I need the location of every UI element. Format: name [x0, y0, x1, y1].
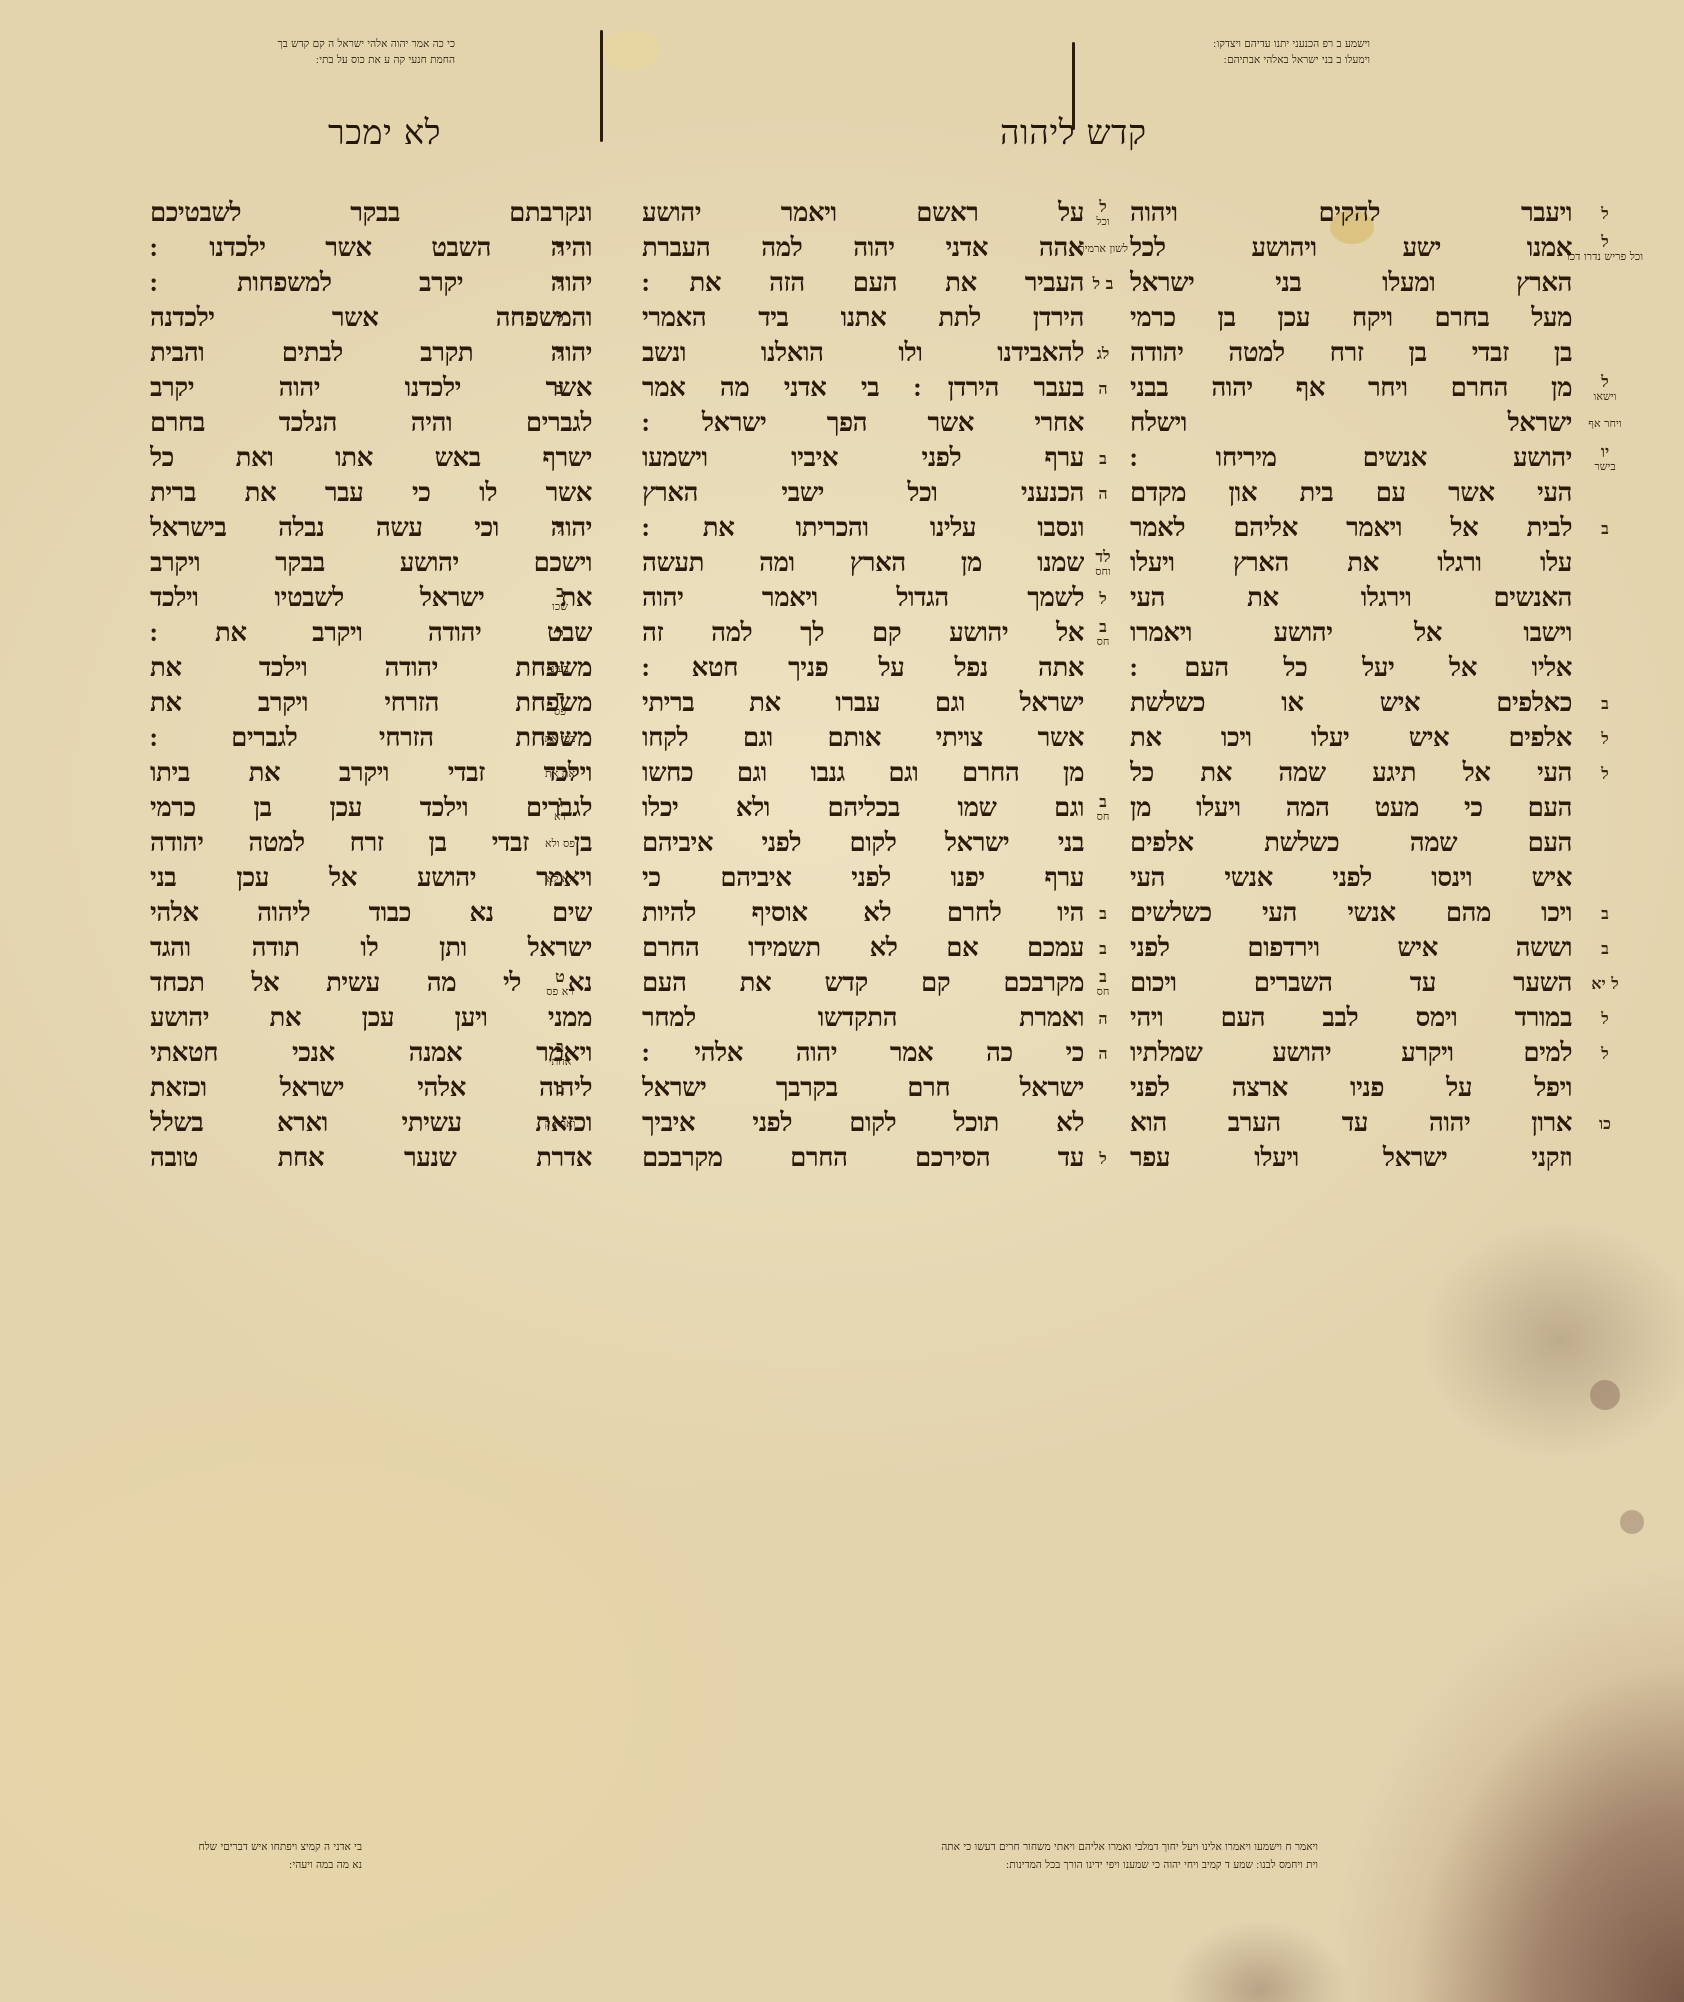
masorah-text: בישר	[1594, 460, 1615, 473]
masorah-sign: ל	[1601, 234, 1608, 250]
text-line: אשר לו כי עבר את ברית	[150, 476, 592, 511]
text-line: העביר את העם הזה את ׃	[642, 266, 1084, 301]
masorah-note: ה	[1078, 476, 1128, 511]
text-column-left: ונקרבתם בבקר לשבטיכםוהיה השבט אשר ילכדנו…	[150, 196, 592, 1176]
footer-note-right-line-2: וית ויחמס לבנו ׃ שמע ד קמיב ויחי יהוה כי…	[638, 1856, 1318, 1874]
text-line: ויעבר להקים ויהוה	[1130, 196, 1572, 231]
text-line: ממני ויען עכן את יהושע	[150, 1001, 592, 1036]
masorah-text: וישאו	[1594, 390, 1617, 403]
masorah-sign: ל	[1601, 766, 1608, 782]
text-line: העי אל תיגע שמה את כל	[1130, 756, 1572, 791]
text-line: למים ויקרע יהושע שמלתיו	[1130, 1036, 1572, 1071]
masorah-sign: ל	[1601, 1046, 1608, 1062]
manuscript-page: וישמע ב רפ הכנעני יתנו עדיהם ויצדקו ׃ וי…	[0, 0, 1684, 2002]
stain-top	[600, 30, 660, 70]
text-line: אהה אדני יהוה למה העברת	[642, 231, 1084, 266]
text-line: ערף לפני איביו וישמעו	[642, 441, 1084, 476]
text-line: מקרבכם קם קדש את העם	[642, 966, 1084, 1001]
text-line: ויכו מהם אנשי העי כשלשים	[1130, 896, 1572, 931]
footer-note-right-line-1: ויאמר ח וישמעו ויאמרו אלינו ויעל יחוך דמ…	[638, 1838, 1318, 1856]
header-note-left: כי כה אמר יהוה אלהי ישראל ה קם קדש בך הח…	[120, 36, 455, 68]
text-line: כי כה אמר יהוה אלהי ׃	[642, 1036, 1084, 1071]
text-line: אלפים איש יעלו ויכו את	[1130, 721, 1572, 756]
text-line: ארון יהוה עד הערב הוא	[1130, 1106, 1572, 1141]
footer-note-left: בי אדני ה קמיצ ויפתחו איש דבריםי שלח נא …	[104, 1838, 362, 1874]
text-line: אדרת שנער אחת טובה	[150, 1141, 592, 1176]
text-line: בן זבדי בן זרח למטה יהודה	[1130, 336, 1572, 371]
text-line: עד הסירכם החרם מקרבכם	[642, 1141, 1084, 1176]
masorah-sign: ה	[1098, 1046, 1107, 1062]
masorah-note: לוישאו	[1578, 371, 1632, 406]
masorah-note	[1078, 861, 1128, 896]
masorah-sign: ב	[1601, 521, 1609, 537]
masorah-note: ל יא	[1578, 966, 1632, 1001]
footer-note-left-line-2: נא מה במה ויעהי ׃	[104, 1856, 362, 1874]
text-line: וישבו אל יהושע ויאמרו	[1130, 616, 1572, 651]
text-line: אשר ילכדנו יהוה יקרב	[150, 371, 592, 406]
text-line: לשמך הגדול ויאמר יהוה	[642, 581, 1084, 616]
text-line: העם שמה כשלשת אלפים	[1130, 826, 1572, 861]
text-line: לבית אל ויאמר אליהם לאמר	[1130, 511, 1572, 546]
text-line: וגם שמו בכליהם ולא יכלו	[642, 791, 1084, 826]
masorah-note	[1578, 791, 1632, 826]
masorah-note	[1078, 686, 1128, 721]
masorah-note	[1578, 581, 1632, 616]
text-line: הארץ ומעלו בני ישראל	[1130, 266, 1572, 301]
text-line: עמכם אם לא תשמידו החרם	[642, 931, 1084, 966]
text-line: ויפל על פניו ארצה לפני	[1130, 1071, 1572, 1106]
text-line: אחרי אשר הפך ישראל ׃	[642, 406, 1084, 441]
text-line: אשר צויתי אותם וגם לקחו	[642, 721, 1084, 756]
header-note-right: וישמע ב רפ הכנעני יתנו עדיהם ויצדקו ׃ וי…	[1030, 36, 1370, 68]
text-line: שמנו מן הארץ ומה תעשה	[642, 546, 1084, 581]
masorah-middle-right: לוכללשון ארמיתב ללגהבהלדוחסלבחסבחסבבבחסה…	[1078, 196, 1128, 1176]
masorah-note: ב	[1578, 511, 1632, 546]
masorah-note: לוכל	[1078, 196, 1128, 231]
text-line: ערף יפנו לפני איביהם כי	[642, 861, 1084, 896]
text-line: כאלפים איש או כשלשת	[1130, 686, 1572, 721]
masorah-sign: ל	[1601, 1011, 1608, 1027]
text-line: את ישראל לשבטיו וילכד	[150, 581, 592, 616]
masorah-note: לשון ארמית	[1078, 231, 1128, 266]
masorah-sign: ב	[1601, 941, 1609, 957]
masorah-note: בחס	[1078, 616, 1128, 651]
masorah-text: וכל	[1096, 215, 1109, 228]
stain-right-margin-2	[1620, 1510, 1644, 1534]
masorah-sign: ב	[1099, 969, 1107, 985]
masorah-note	[1078, 721, 1128, 756]
masorah-sign: ב	[1099, 906, 1107, 922]
header-note-right-line-2: וימעלו ב בני ישראל באלהי אבתיהם ׃	[1030, 52, 1370, 68]
text-line: בני ישראל לקום לפני איביהם	[642, 826, 1084, 861]
text-line: והיה השבט אשר ילכדנו ׃	[150, 231, 592, 266]
text-line: הכנעני וכל ישבי הארץ	[642, 476, 1084, 511]
text-line: העם כי מעט המה ויעלו מן	[1130, 791, 1572, 826]
masorah-text: ויחר אף	[1588, 417, 1621, 430]
masorah-note	[1078, 406, 1128, 441]
masorah-sign: ל	[1099, 591, 1106, 607]
text-line: ויאמר יהושע אל עכן בני	[150, 861, 592, 896]
text-line: היו לחרם לא אוסיף להיות	[642, 896, 1084, 931]
masorah-note	[1578, 616, 1632, 651]
masorah-text: חס	[1097, 810, 1110, 823]
masorah-note	[1578, 476, 1632, 511]
masorah-sign: ה	[1098, 381, 1107, 397]
masorah-note: לוכל פריש נדרו דכו	[1578, 231, 1632, 266]
text-line: משפחת הזרחי ויקרב את	[150, 686, 592, 721]
header-left-ascender	[600, 30, 603, 142]
text-line: אל יהושע קם לך למה זה	[642, 616, 1084, 651]
header-note-right-line-1: וישמע ב רפ הכנעני יתנו עדיהם ויצדקו ׃	[1030, 36, 1370, 52]
masorah-note	[1078, 651, 1128, 686]
footer-note-left-line-1: בי אדני ה קמיצ ויפתחו איש דבריםי שלח	[104, 1838, 362, 1856]
masorah-note: ל	[1578, 1036, 1632, 1071]
masorah-sign: ל	[1601, 374, 1608, 390]
text-line: איש וינסו לפני אנשי העי	[1130, 861, 1572, 896]
masorah-note: ויחר אף	[1578, 406, 1632, 441]
text-line: אמנו ישע ויהושע לכל	[1130, 231, 1572, 266]
text-line: וזקני ישראל ויעלו עפר	[1130, 1141, 1572, 1176]
text-line: להאבידנו ולו הואלנו ונשב	[642, 336, 1084, 371]
masorah-text: חס	[1097, 635, 1110, 648]
text-line: ליהוה אלהי ישראל וכזאת	[150, 1071, 592, 1106]
masorah-note	[1078, 826, 1128, 861]
masorah-sign: ב ל	[1093, 276, 1114, 292]
masorah-far-right: ללוכל פריש נדרו דכולוישאוויחר אףיובישרבב…	[1578, 196, 1632, 1176]
text-line: אליו אל יעל כל העם ׃	[1130, 651, 1572, 686]
text-line: נא לי מה עשית אל תכחד	[150, 966, 592, 1001]
masorah-note: ב	[1578, 931, 1632, 966]
masorah-note: ל	[1078, 1141, 1128, 1176]
masorah-sign: ב	[1601, 906, 1609, 922]
masorah-sign: ה	[1098, 1011, 1107, 1027]
masorah-sign: ל	[1099, 1151, 1106, 1167]
text-line: בעבר הירדן ׃ בי אדני מה אמר	[642, 371, 1084, 406]
text-line: וישכם יהושע בבקר ויקרב	[150, 546, 592, 581]
text-line: מעל בחרם ויקח עכן בן כרמי	[1130, 301, 1572, 336]
text-line: מן החרם ויחר אף יהוה בבני	[1130, 371, 1572, 406]
masorah-note: ל	[1578, 756, 1632, 791]
masorah-note: כו	[1578, 1106, 1632, 1141]
masorah-note: ב	[1078, 441, 1128, 476]
text-line: ונקרבתם בבקר לשבטיכם	[150, 196, 592, 231]
text-line: האנשים וירגלו את העי	[1130, 581, 1572, 616]
text-line: יהושע אנשים מיריחו ׃	[1130, 441, 1572, 476]
text-line: השער עד השברים ויכום	[1130, 966, 1572, 1001]
masorah-note: ל	[1078, 581, 1128, 616]
masorah-note	[1078, 301, 1128, 336]
text-line: ישראל חרם בקרבך ישראל	[642, 1071, 1084, 1106]
masorah-sign: לג	[1097, 346, 1110, 362]
masorah-sign: ב	[1601, 696, 1609, 712]
text-line: לגברים וילכד עכן בן כרמי	[150, 791, 592, 826]
text-line: ונסבו עלינו והכריתו את ׃	[642, 511, 1084, 546]
masorah-sign: ב	[1099, 941, 1107, 957]
header-note-left-line-2: החמת חנעי קה ע את כוס על בתי ׃	[120, 52, 455, 68]
masorah-note: ב ל	[1078, 266, 1128, 301]
masorah-note	[1078, 1106, 1128, 1141]
masorah-note: בחס	[1078, 791, 1128, 826]
masorah-sign: יו	[1601, 444, 1609, 460]
text-line: משפחת הזרחי לגברים ׃	[150, 721, 592, 756]
running-title-left: לא ימכר	[328, 113, 441, 153]
masorah-note	[1578, 1071, 1632, 1106]
text-line: במורד וימס לבב העם ויהי	[1130, 1001, 1572, 1036]
masorah-note	[1578, 546, 1632, 581]
masorah-note	[1078, 1071, 1128, 1106]
masorah-note: בחס	[1078, 966, 1128, 1001]
text-line: הירדן לתת אתנו ביד האמרי	[642, 301, 1084, 336]
text-line: ישראל וישלח	[1130, 406, 1572, 441]
masorah-note: ה	[1078, 371, 1128, 406]
masorah-sign: ב	[1099, 451, 1107, 467]
masorah-text: וחס	[1095, 565, 1111, 578]
text-line: לא תוכל לקום לפני איביך	[642, 1106, 1084, 1141]
masorah-note: לדוחס	[1078, 546, 1128, 581]
masorah-note: ב	[1578, 896, 1632, 931]
text-line: יהוה וכי עשה נבלה בישראל	[150, 511, 592, 546]
masorah-note	[1578, 651, 1632, 686]
masorah-note: ל	[1578, 196, 1632, 231]
masorah-sign: ל	[1601, 731, 1608, 747]
text-line: לגברים והיה הנלכד בחרם	[150, 406, 592, 441]
text-line: על ראשם ויאמר יהושע	[642, 196, 1084, 231]
text-line: בן זבדי בן זרח למטה יהודה	[150, 826, 592, 861]
text-line: ישראל ותן לו תודה והגד	[150, 931, 592, 966]
text-line: והמשפחה אשר ילכדנה	[150, 301, 592, 336]
text-line: אתה נפל על פניך חטא ׃	[642, 651, 1084, 686]
text-line: העי אשר עם בית און מקדם	[1130, 476, 1572, 511]
text-line: משפחת יהודה וילכד את	[150, 651, 592, 686]
text-line: ישרף באש אתו ואת כל	[150, 441, 592, 476]
text-line: עלו ורגלו את הארץ ויעלו	[1130, 546, 1572, 581]
running-title-right: קדש ליהוה	[1000, 113, 1147, 153]
text-line: יהוה תקרב לבתים והבית	[150, 336, 592, 371]
masorah-text: וכל פריש נדרו דכו	[1567, 250, 1643, 263]
masorah-note: ה	[1078, 1001, 1128, 1036]
text-line: ישראל וגם עברו את בריתי	[642, 686, 1084, 721]
footer-note-right: ויאמר ח וישמעו ויאמרו אלינו ויעל יחוך דמ…	[638, 1838, 1318, 1874]
stain-right-margin	[1590, 1380, 1620, 1410]
text-line: וילכד זבדי ויקרב את ביתו	[150, 756, 592, 791]
masorah-note: ל	[1578, 1001, 1632, 1036]
masorah-note: ה	[1078, 1036, 1128, 1071]
text-line: שים נא כבוד ליהוה אלהי	[150, 896, 592, 931]
text-column-middle: על ראשם ויאמר יהושעאהה אדני יהוה למה העב…	[642, 196, 1084, 1176]
masorah-note	[1578, 861, 1632, 896]
text-line: מן החרם וגם גנבו וגם כחשו	[642, 756, 1084, 791]
masorah-sign: ל	[1099, 199, 1106, 215]
masorah-text: חס	[1097, 985, 1110, 998]
masorah-sign: כו	[1599, 1116, 1611, 1132]
masorah-note: ב	[1078, 896, 1128, 931]
text-line: ואמרת התקדשו למחר	[642, 1001, 1084, 1036]
masorah-note	[1578, 301, 1632, 336]
masorah-note	[1578, 826, 1632, 861]
masorah-sign: ב	[1099, 794, 1107, 810]
masorah-sign: ל יא	[1591, 976, 1619, 992]
masorah-text: לשון ארמית	[1078, 242, 1128, 255]
masorah-note	[1078, 756, 1128, 791]
masorah-note	[1578, 266, 1632, 301]
masorah-note	[1078, 511, 1128, 546]
text-line: וששה איש וירדפום לפני	[1130, 931, 1572, 966]
text-line: שבט יהודה ויקרב את ׃	[150, 616, 592, 651]
masorah-note: ב	[1578, 686, 1632, 721]
masorah-note	[1578, 1141, 1632, 1176]
text-line: ויאמר אמנה אנכי חטאתי	[150, 1036, 592, 1071]
header-note-left-line-1: כי כה אמר יהוה אלהי ישראל ה קם קדש בך	[120, 36, 455, 52]
masorah-sign: לד	[1095, 549, 1110, 565]
masorah-note: יובישר	[1578, 441, 1632, 476]
masorah-note: ל	[1578, 721, 1632, 756]
masorah-note: ב	[1078, 931, 1128, 966]
masorah-sign: ל	[1601, 206, 1608, 222]
masorah-note	[1578, 336, 1632, 371]
masorah-sign: ב	[1099, 619, 1107, 635]
masorah-note: לג	[1078, 336, 1128, 371]
text-line: יהוה יקרב למשפחות ׃	[150, 266, 592, 301]
text-column-right: ויעבר להקים ויהוהאמנו ישע ויהושע לכלהארץ…	[1130, 196, 1572, 1176]
text-line: וכזאת עשיתי וארא בשלל	[150, 1106, 592, 1141]
masorah-sign: ה	[1098, 486, 1107, 502]
